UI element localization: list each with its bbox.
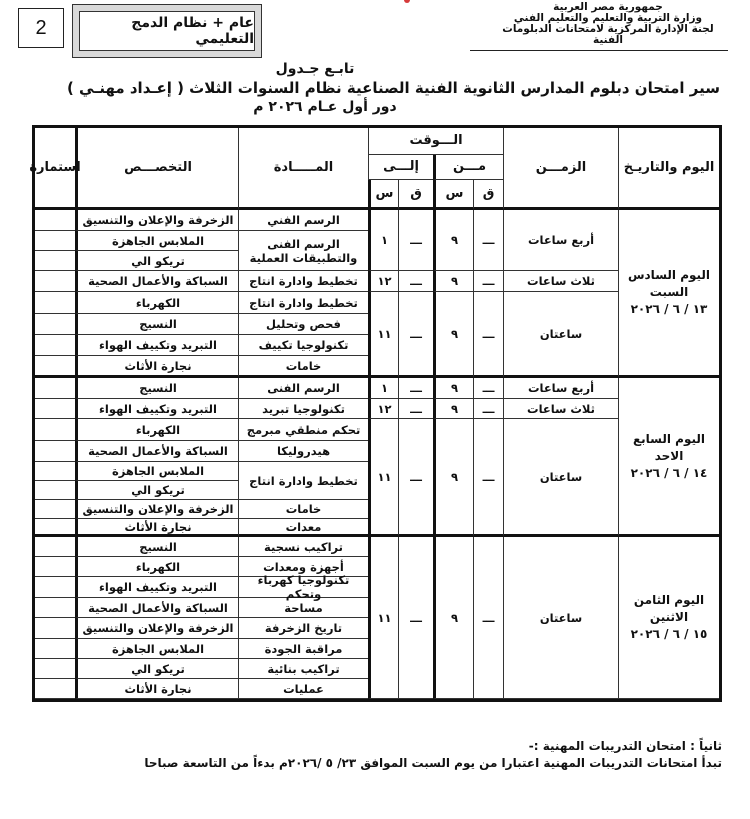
from-minutes-cell: ـــ: [473, 419, 503, 537]
subject-cell: تحكم منطقي مبرمج: [238, 419, 368, 441]
header-specialty: التخصـــص: [75, 128, 238, 210]
day-day: اليوم السابع: [633, 431, 705, 448]
form-cell: [35, 399, 75, 419]
specialty-cell: النسيج: [75, 537, 238, 557]
form-cell: [35, 378, 75, 399]
from-hours-cell: ٩: [433, 419, 473, 537]
subject-cell: تخطيط وادارة انتاج: [238, 292, 368, 314]
subject-cell: تكنولوجيا تبريد: [238, 399, 368, 419]
title-session: دور أول عـام ٢٠٢٦ م: [40, 98, 730, 116]
header-time: الـــوقت: [368, 128, 503, 155]
from-minutes-cell: ـــ: [473, 378, 503, 399]
to-hours-cell: ١: [368, 210, 398, 271]
system-badge-label: عام + نظام الدمج التعليمي: [80, 15, 254, 47]
subject-cell: مراقبة الجودة: [238, 639, 368, 659]
subject-cell: تراكيب بنائية: [238, 659, 368, 679]
specialty-cell: الزخرفة والإعلان والتنسيق: [75, 618, 238, 639]
day-date-cell: اليوم السابعالاحد١٤ / ٦ / ٢٠٢٦: [618, 378, 719, 537]
to-minutes-cell: ـــ: [398, 419, 433, 537]
to-minutes-cell: ـــ: [398, 399, 433, 419]
subject-cell: معدات: [238, 519, 368, 537]
form-cell: [35, 210, 75, 231]
specialty-cell: تريكو الي: [75, 481, 238, 500]
specialty-cell: الكهرباء: [75, 557, 238, 577]
subject-cell: تراكيب نسجية: [238, 537, 368, 557]
header-to-hours: س: [368, 180, 398, 210]
form-cell: [35, 659, 75, 679]
specialty-cell: الزخرفة والإعلان والتنسيق: [75, 500, 238, 519]
specialty-cell: الزخرفة والإعلان والتنسيق: [75, 210, 238, 231]
header-duration: الزمـــن: [503, 128, 618, 210]
from-hours-cell: ٩: [433, 210, 473, 271]
ministry-line-3: لجنة الإدارة المركزية لامتحانات الدبلوما…: [488, 24, 728, 46]
form-cell: [35, 577, 75, 598]
ministry-header: جمهورية مصر العربية وزارة التربية والتعل…: [488, 2, 728, 46]
document-titles: تابـع جـدول سير امتحان دبلوم المدارس الث…: [40, 60, 730, 116]
from-hours-cell: ٩: [433, 271, 473, 292]
form-cell: [35, 314, 75, 335]
subject-cell: هيدروليكا: [238, 441, 368, 462]
specialty-cell: نجارة الأثاث: [75, 679, 238, 699]
duration-cell: ساعتان: [503, 419, 618, 537]
header-from-hours: س: [433, 180, 473, 210]
day-weekday: السبت: [650, 284, 688, 301]
day-date: ١٥ / ٦ / ٢٠٢٦: [631, 626, 708, 643]
duration-cell: ثلاث ساعات: [503, 271, 618, 292]
form-cell: [35, 679, 75, 699]
form-cell: [35, 441, 75, 462]
form-cell: [35, 557, 75, 577]
to-minutes-cell: ـــ: [398, 210, 433, 271]
from-hours-cell: ٩: [433, 292, 473, 378]
duration-cell: أربع ساعات: [503, 210, 618, 271]
to-minutes-cell: ـــ: [398, 378, 433, 399]
form-cell: [35, 271, 75, 292]
form-cell: [35, 251, 75, 271]
form-cell: [35, 598, 75, 618]
form-cell: [35, 500, 75, 519]
subject-cell: تاريخ الزخرفة: [238, 618, 368, 639]
subject-cell: مساحة: [238, 598, 368, 618]
day-weekday: الاثنين: [650, 609, 688, 626]
day-weekday: الاحد: [655, 448, 684, 465]
header-from-minutes: ق: [473, 180, 503, 210]
header-to-minutes: ق: [398, 180, 433, 210]
to-hours-cell: ١: [368, 378, 398, 399]
from-hours-cell: ٩: [433, 378, 473, 399]
title-continued: تابـع جـدول: [40, 60, 730, 78]
page-number-box: 2: [18, 8, 64, 48]
from-minutes-cell: ـــ: [473, 399, 503, 419]
specialty-cell: نجارة الأثاث: [75, 356, 238, 378]
specialty-cell: التبريد وتكييف الهواء: [75, 335, 238, 356]
exam-schedule-table: اليوم والتاريـخالزمـــنالـــوقتمـــنإلــ…: [32, 125, 722, 702]
specialty-cell: السباكة والأعمال الصحية: [75, 441, 238, 462]
subject-cell: خامات: [238, 356, 368, 378]
to-hours-cell: ١٢: [368, 271, 398, 292]
specialty-cell: التبريد وتكييف الهواء: [75, 577, 238, 598]
page-number: 2: [35, 17, 46, 40]
specialty-cell: الكهرباء: [75, 419, 238, 441]
form-cell: [35, 639, 75, 659]
duration-cell: ساعتان: [503, 292, 618, 378]
header-day-date: اليوم والتاريـخ: [618, 128, 719, 210]
subject-cell: فحص وتحليل: [238, 314, 368, 335]
duration-cell: ساعتان: [503, 537, 618, 699]
subject-cell: تخطيط وادارة انتاج: [238, 271, 368, 292]
duration-cell: أربع ساعات: [503, 378, 618, 399]
specialty-cell: الملابس الجاهزة: [75, 462, 238, 481]
specialty-cell: تريكو الي: [75, 251, 238, 271]
day-date: ١٣ / ٦ / ٢٠٢٦: [631, 301, 708, 318]
red-mark: [404, 0, 410, 3]
form-cell: [35, 537, 75, 557]
form-cell: [35, 356, 75, 378]
specialty-cell: الكهرباء: [75, 292, 238, 314]
to-hours-cell: ١١: [368, 419, 398, 537]
day-date: ١٤ / ٦ / ٢٠٢٦: [631, 465, 708, 482]
subject-cell: تكنولوجيا تكييف: [238, 335, 368, 356]
form-cell: [35, 335, 75, 356]
day-day: اليوم السادس: [628, 267, 710, 284]
header-divider: [470, 50, 728, 51]
header-form: استمارة: [35, 128, 75, 210]
footer-body: تبدأ امتحانات التدريبات المهنية اعتبارا …: [82, 755, 722, 772]
duration-cell: ثلاث ساعات: [503, 399, 618, 419]
to-hours-cell: ١١: [368, 292, 398, 378]
specialty-cell: السباكة والأعمال الصحية: [75, 271, 238, 292]
vocational-training-note: ثانياً : امتحان التدريبات المهنية :- تبد…: [82, 738, 722, 772]
form-cell: [35, 519, 75, 537]
form-cell: [35, 419, 75, 441]
from-hours-cell: ٩: [433, 537, 473, 699]
from-minutes-cell: ـــ: [473, 271, 503, 292]
specialty-cell: النسيج: [75, 314, 238, 335]
to-minutes-cell: ـــ: [398, 537, 433, 699]
form-cell: [35, 481, 75, 500]
subject-cell: خامات: [238, 500, 368, 519]
subject-cell: الرسم الفنى والتطبيقات العملية: [238, 231, 368, 271]
to-hours-cell: ١٢: [368, 399, 398, 419]
specialty-cell: النسيج: [75, 378, 238, 399]
to-minutes-cell: ـــ: [398, 292, 433, 378]
subject-cell: الرسم الفنى: [238, 378, 368, 399]
specialty-cell: الملابس الجاهزة: [75, 639, 238, 659]
from-minutes-cell: ـــ: [473, 537, 503, 699]
form-cell: [35, 462, 75, 481]
title-main: سير امتحان دبلوم المدارس الثانوية الفنية…: [40, 78, 730, 98]
subject-cell: عمليات: [238, 679, 368, 699]
header-subject: المـــــادة: [238, 128, 368, 210]
day-date-cell: اليوم الثامنالاثنين١٥ / ٦ / ٢٠٢٦: [618, 537, 719, 699]
from-minutes-cell: ـــ: [473, 210, 503, 271]
day-date-cell: اليوم السادسالسبت١٣ / ٦ / ٢٠٢٦: [618, 210, 719, 378]
specialty-cell: التبريد وتكييف الهواء: [75, 399, 238, 419]
subject-cell: تخطيط وادارة انتاج: [238, 462, 368, 500]
form-cell: [35, 231, 75, 251]
header-to: إلـــى: [368, 155, 433, 180]
specialty-cell: السباكة والأعمال الصحية: [75, 598, 238, 618]
specialty-cell: نجارة الأثاث: [75, 519, 238, 537]
form-cell: [35, 618, 75, 639]
footer-heading: ثانياً : امتحان التدريبات المهنية :-: [82, 738, 722, 755]
header-from: مـــن: [433, 155, 503, 180]
subject-cell: تكنولوجيا كهرباء وتحكم: [238, 577, 368, 598]
from-minutes-cell: ـــ: [473, 292, 503, 378]
form-cell: [35, 292, 75, 314]
day-day: اليوم الثامن: [634, 592, 704, 609]
specialty-cell: الملابس الجاهزة: [75, 231, 238, 251]
to-minutes-cell: ـــ: [398, 271, 433, 292]
system-badge: عام + نظام الدمج التعليمي: [72, 4, 262, 58]
to-hours-cell: ١١: [368, 537, 398, 699]
subject-cell: الرسم الفني: [238, 210, 368, 231]
specialty-cell: تريكو الي: [75, 659, 238, 679]
from-hours-cell: ٩: [433, 399, 473, 419]
